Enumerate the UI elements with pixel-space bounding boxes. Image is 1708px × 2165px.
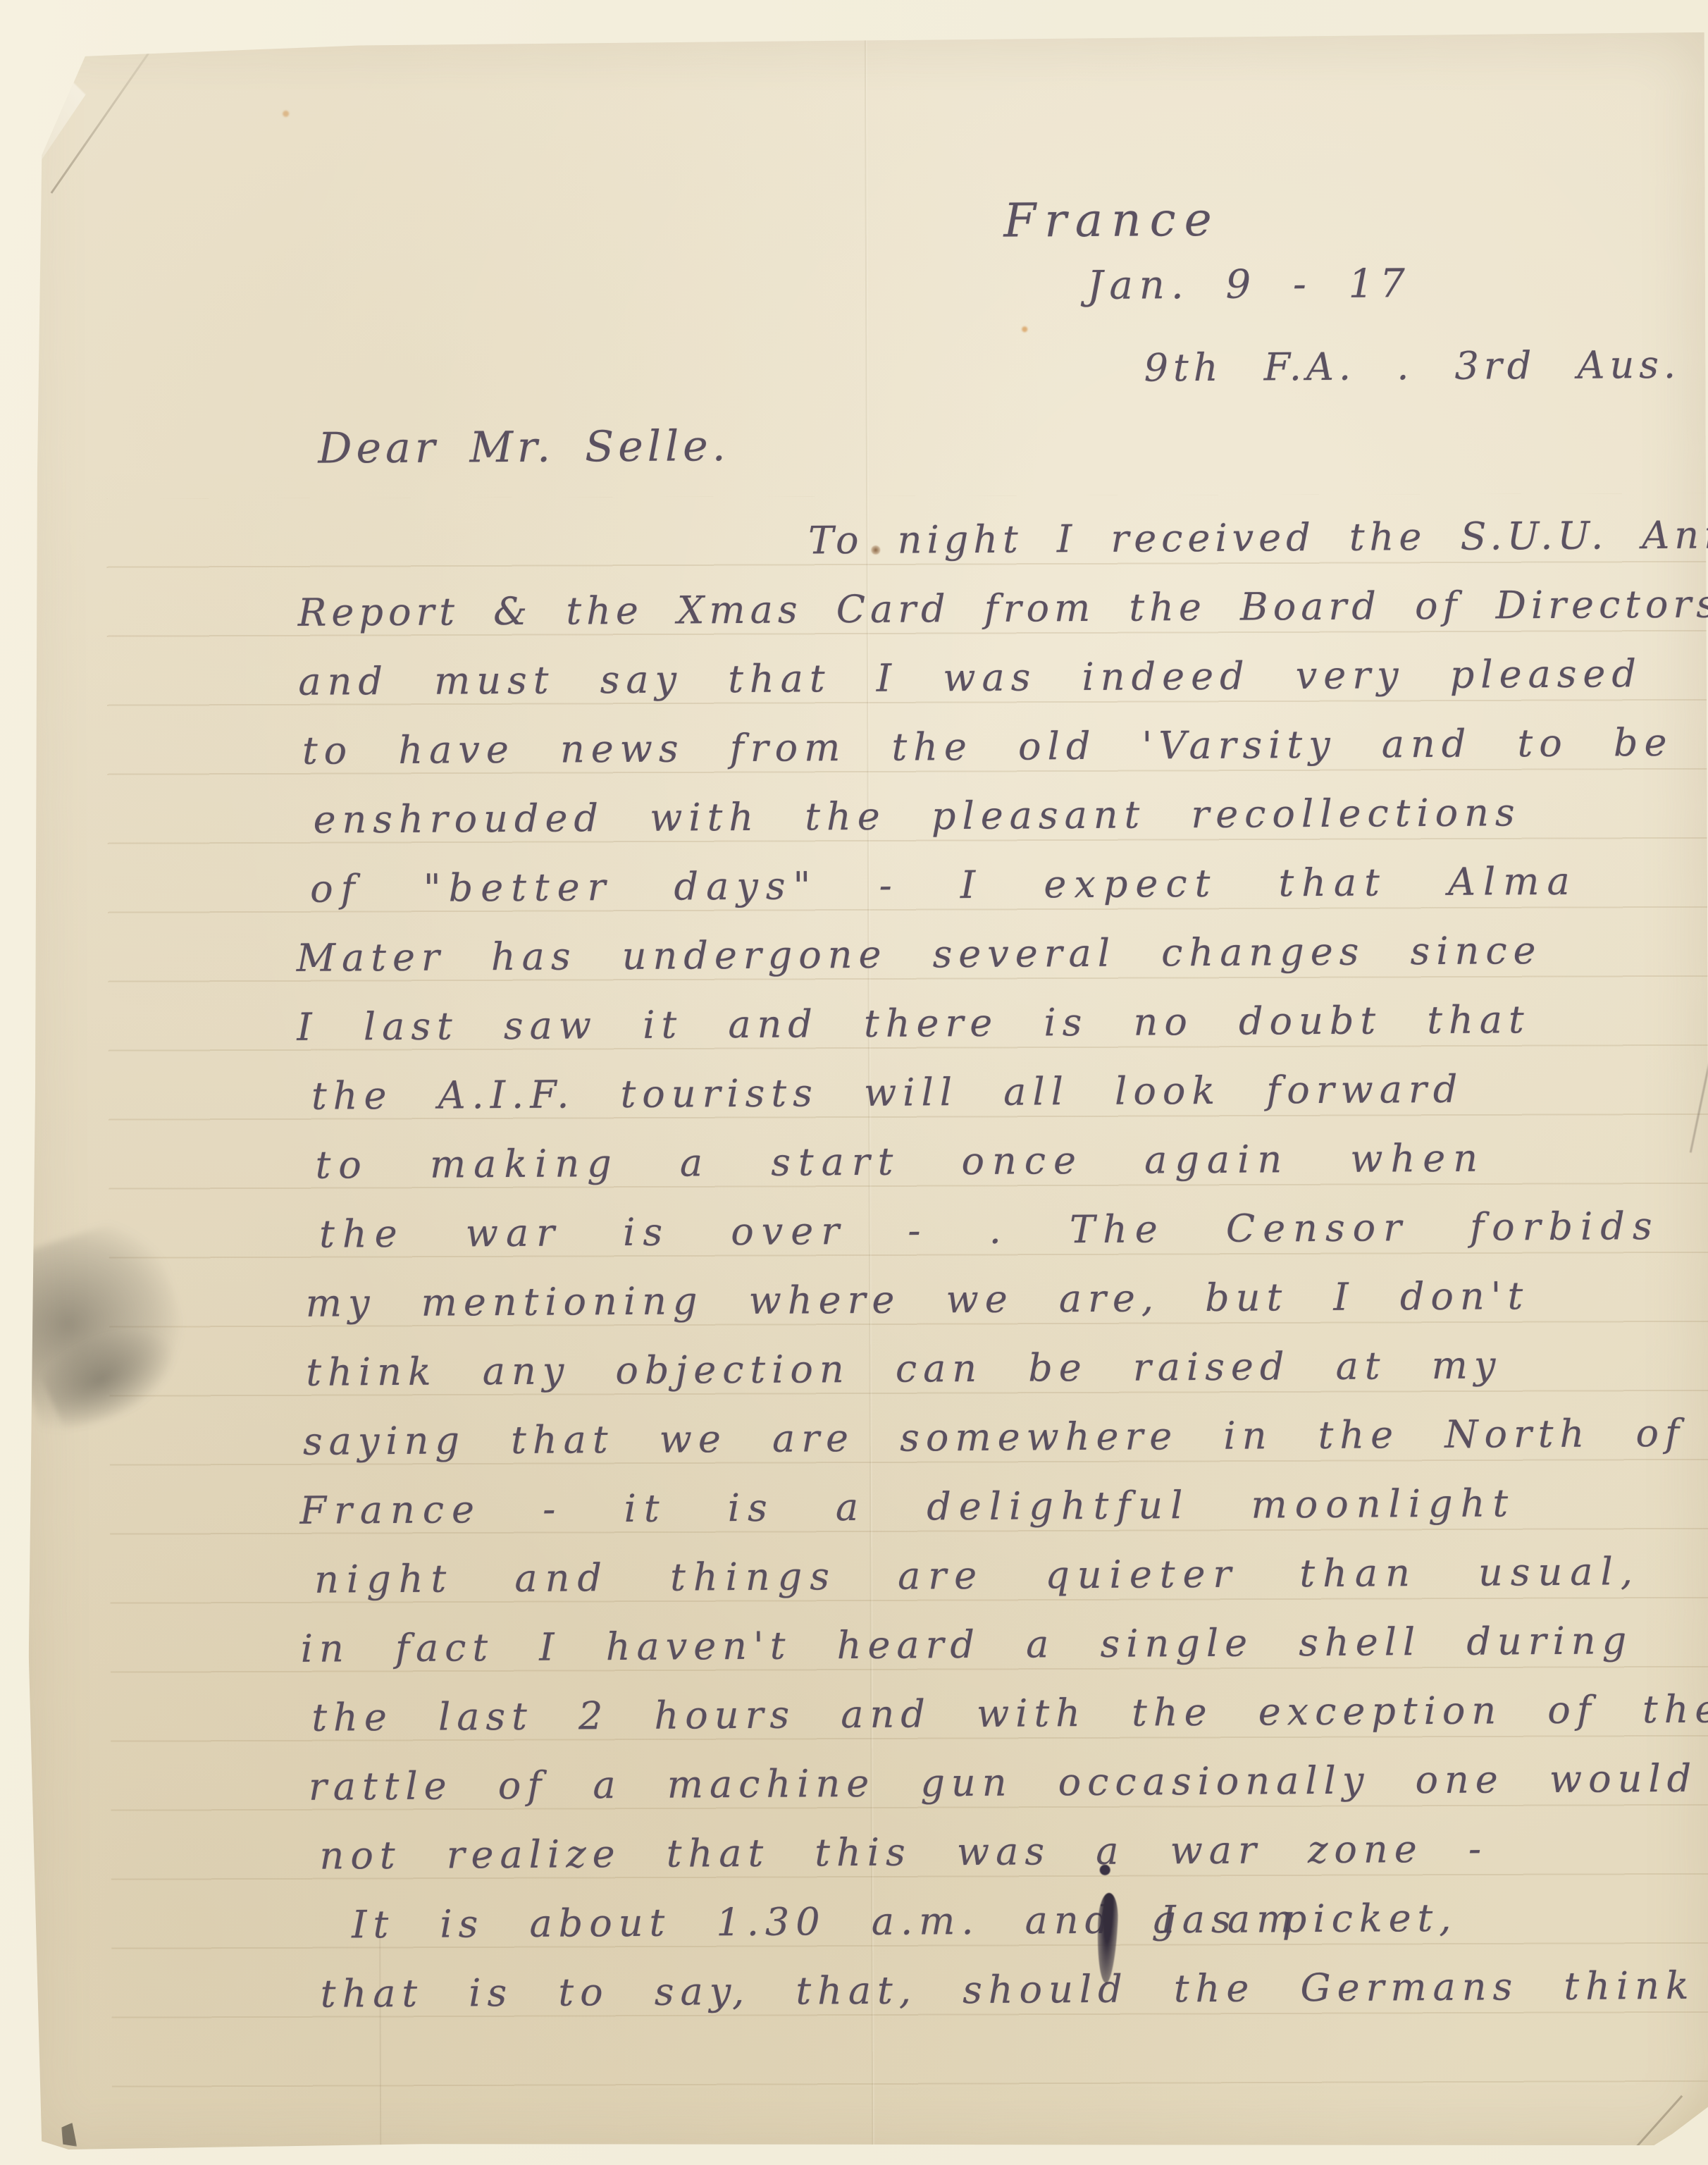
handwritten-line: in fact I haven't heard a single shell d… [301,1622,1633,1668]
handwritten-line: the A.I.F. tourists will all look forwar… [311,1071,1464,1116]
handwritten-line: of "better days" - I expect that Alma [310,863,1578,908]
handwritten-line: to making a start once again when [315,1140,1485,1185]
handwritten-line: the last 2 hours and with the exception … [311,1690,1708,1737]
handwritten-line: not realize that this was a war zone - [319,1830,1487,1875]
handwritten-line: rattle of a machine gun occasionally one… [309,1760,1698,1806]
salutation: Dear Mr. Selle. [318,425,730,470]
header-unit: 9th F.A. . 3rd Aus. Div. [1144,345,1708,388]
handwritten-line: think any objection can be raised at my [306,1346,1502,1391]
handwritten-line: saying that we are somewhere in the Nort… [303,1414,1685,1461]
handwritten-line: To night I received the S.U.U. Annual [808,516,1708,560]
handwritten-line: France - it is a delightful moonlight [299,1484,1516,1530]
ink-blot-dot [1100,1865,1110,1875]
handwritten-line: that is to say, that, should the Germans… [321,1967,1695,2013]
scanned-letter-canvas: France Jan. 9 - 17 9th F.A. . 3rd Aus. D… [0,0,1708,2165]
handwritten-line: my mentioning where we are, but I don't [306,1277,1530,1323]
header-date: Jan. 9 - 17 [1087,264,1411,306]
handwriting-layer: France Jan. 9 - 17 9th F.A. . 3rd Aus. D… [0,0,1708,2165]
handwritten-line: I last saw it and there is no doubt that [297,1001,1530,1047]
handwritten-line: night and things are quieter than usual, [314,1553,1640,1598]
handwritten-line: enshrouded with the pleasant recollectio… [313,794,1521,839]
header-place: France [1003,197,1220,245]
handwritten-line: and must say that I was indeed very plea… [298,655,1642,701]
handwritten-line: Report & the Xmas Card from the Board of… [298,585,1708,631]
handwritten-line: gas picket, [1151,1899,1458,1939]
handwritten-line: the war is over - . The Censor forbids [319,1207,1660,1254]
handwritten-line: Mater has undergone several changes sinc… [297,932,1542,977]
handwritten-line: to have news from the old 'Varsity and t… [302,724,1673,770]
